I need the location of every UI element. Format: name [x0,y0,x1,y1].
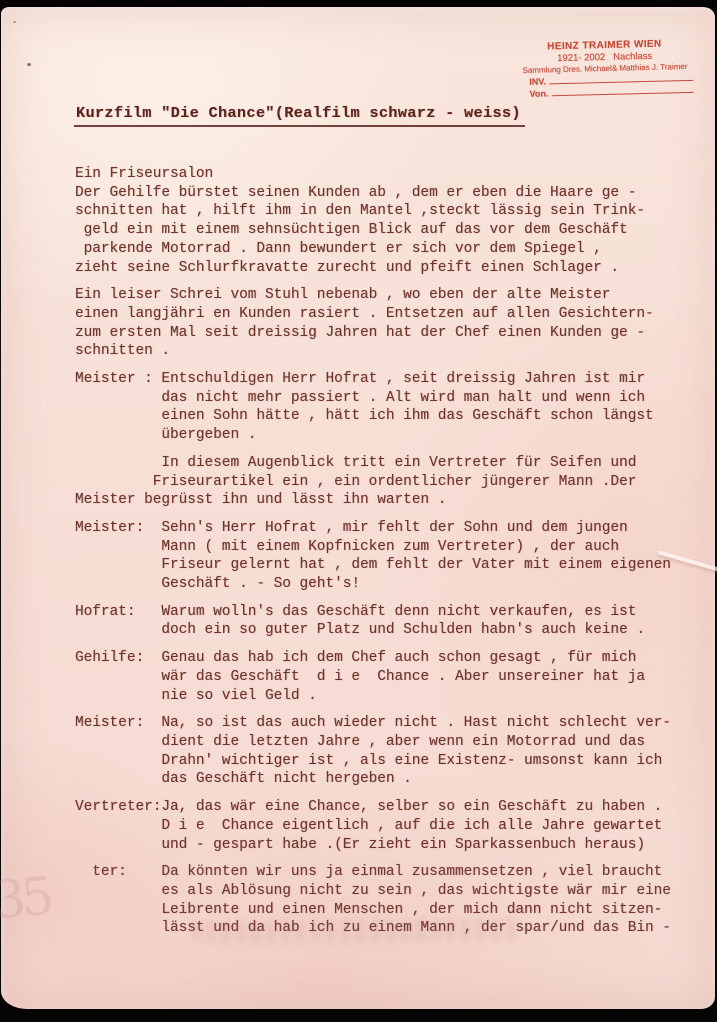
paragraph: Meister : Entschuldigen Herr Hofrat , se… [75,370,715,445]
stamp-von-row: Von. [529,85,695,99]
paragraph: In diesem Augenblick tritt ein Vertreter… [75,454,715,510]
bleed-through-smudge [191,918,521,945]
document-title: Kurzfilm "Die Chance"(Realfilm schwarz -… [74,104,525,127]
ghost-page-number: 35 [0,867,52,932]
paragraph: Vertreter:Ja, das wär eine Chance, selbe… [75,798,715,854]
stamp-von-blank-line [551,91,693,96]
paragraph: Hofrat: Warum wolln's das Geschäft denn … [75,603,715,640]
paper-speck [13,21,16,23]
stamp-inv-label: INV. [529,76,546,86]
document-page: HEINZ TRAIMER WIEN 1921- 2002 Nachlass S… [1,7,715,1009]
archive-stamp: HEINZ TRAIMER WIEN 1921- 2002 Nachlass S… [506,38,703,100]
stamp-von-label: Von. [529,88,548,98]
paragraph: Ein Friseursalon Der Gehilfe bürstet sei… [75,165,715,277]
photo-background: HEINZ TRAIMER WIEN 1921- 2002 Nachlass S… [0,0,717,1022]
paragraph: Meister: Sehn's Herr Hofrat , mir fehlt … [75,519,715,594]
stamp-inv-blank-line [549,79,693,85]
script-body: Ein Friseursalon Der Gehilfe bürstet sei… [1,165,715,938]
paper-speck [27,63,31,66]
paragraph: Meister: Na, so ist das auch wieder nich… [75,714,715,789]
paragraph: Ein leiser Schrei vom Stuhl nebenab , wo… [75,286,715,361]
paragraph: Gehilfe: Genau das hab ich dem Chef auch… [75,649,715,705]
